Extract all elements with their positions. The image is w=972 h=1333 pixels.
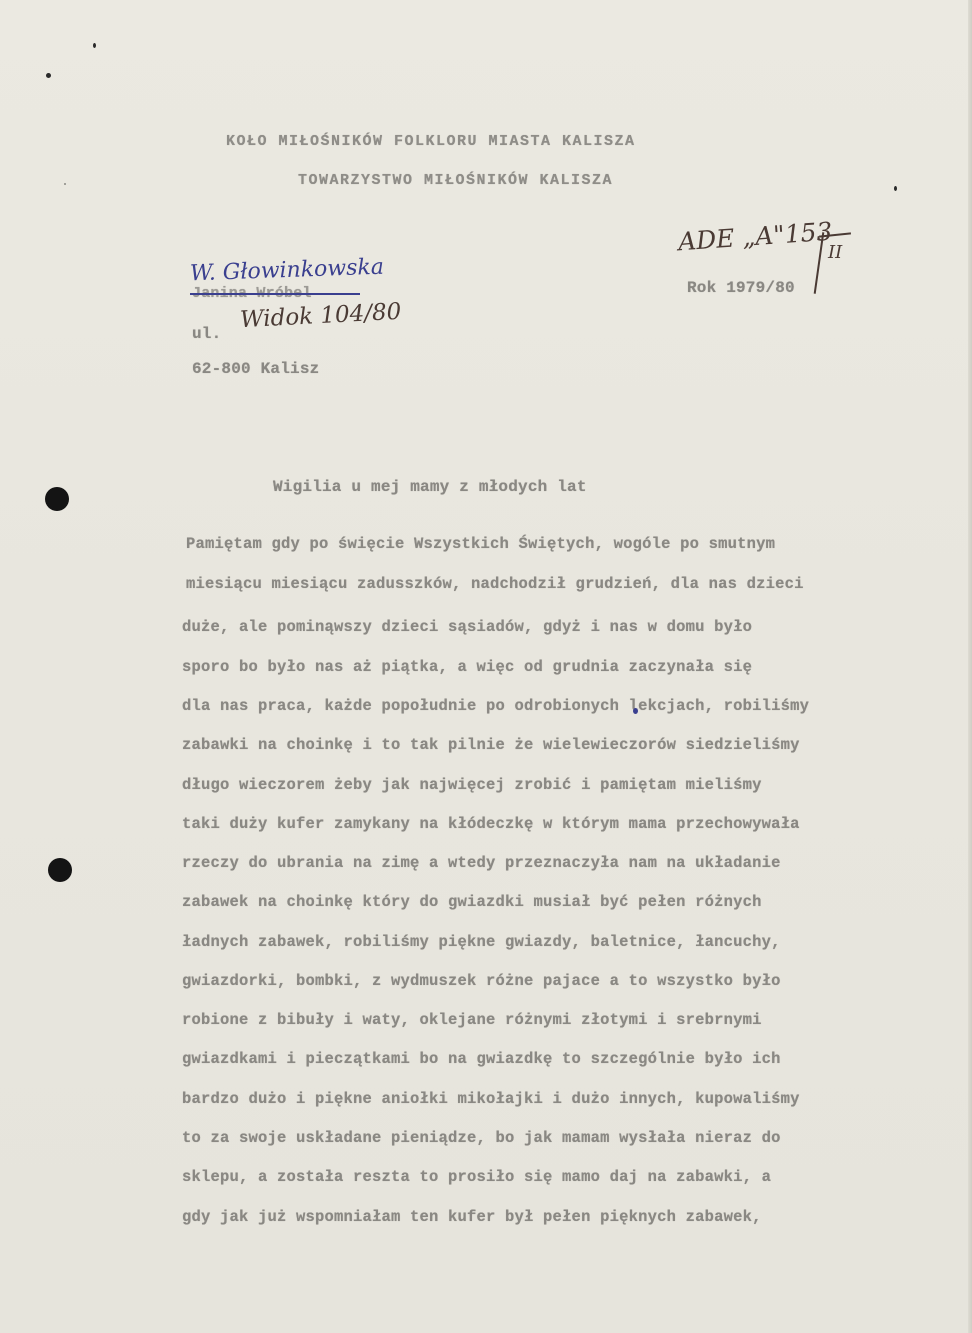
dust-speck (93, 43, 96, 48)
body-line: bardzo dużo i piękne aniołki mikołajki i… (182, 1090, 800, 1108)
body-line: dla nas praca, każde popołudnie po odrob… (182, 697, 809, 715)
header-society: TOWARZYSTWO MIŁOŚNIKÓW KALISZA (298, 172, 613, 189)
strikethrough-line (190, 293, 360, 295)
body-line: duże, ale pominąwszy dzieci sąsiadów, gd… (182, 618, 752, 636)
body-line: ładnych zabawek, robiliśmy piękne gwiazd… (182, 933, 781, 951)
archive-code-handwritten: ADE „A"153 (677, 217, 833, 257)
author-name-handwritten: W. Głowinkowska (190, 255, 385, 287)
paper-edge (968, 0, 972, 1333)
street-handwritten: Widok 104/80 (239, 299, 401, 333)
punch-hole-top (45, 487, 69, 511)
document-title: Wigilia u mej mamy z młodych lat (273, 478, 587, 496)
punch-hole-bottom (48, 858, 72, 882)
street-prefix: ul. (192, 325, 221, 343)
archive-year: Rok 1979/80 (687, 279, 795, 297)
body-line: to za swoje uskładane pieniądze, bo jak … (182, 1129, 781, 1147)
archive-suffix-handwritten: II (828, 242, 842, 263)
body-line: długo wieczorem żeby jak najwięcej zrobi… (182, 776, 762, 794)
body-line: gwiazdkami i pieczątkami bo na gwiazdkę … (182, 1050, 781, 1068)
body-line: gdy jak już wspomniałam ten kufer był pe… (182, 1208, 762, 1226)
body-line: gwiazdorki, bombki, z wydmuszek różne pa… (182, 972, 781, 990)
ink-mark (633, 708, 638, 714)
body-line: sklepu, a została reszta to prosiło się … (182, 1168, 771, 1186)
body-line: taki duży kufer zamykany na kłódeczkę w … (182, 815, 800, 833)
document-page: KOŁO MIŁOŚNIKÓW FOLKLORU MIASTA KALISZA … (0, 0, 972, 1333)
body-line: zabawki na choinkę i to tak pilnie że wi… (182, 736, 800, 754)
postal-city: 62-800 Kalisz (192, 360, 319, 378)
body-line: robione z bibuły i waty, oklejane różnym… (182, 1011, 762, 1029)
header-organization: KOŁO MIŁOŚNIKÓW FOLKLORU MIASTA KALISZA (226, 133, 636, 150)
dust-speck (894, 186, 897, 191)
body-line: Pamiętam gdy po święcie Wszystkich Święt… (186, 535, 775, 553)
body-line: miesiącu miesiącu zadusszków, nadchodził… (186, 575, 804, 593)
body-line: zabawek na choinkę który do gwiazdki mus… (182, 893, 762, 911)
body-line: rzeczy do ubrania na zimę a wtedy przezn… (182, 854, 781, 872)
dust-speck (64, 183, 66, 185)
body-line: sporo bo było nas aż piątka, a więc od g… (182, 658, 752, 676)
dust-speck (46, 73, 51, 78)
